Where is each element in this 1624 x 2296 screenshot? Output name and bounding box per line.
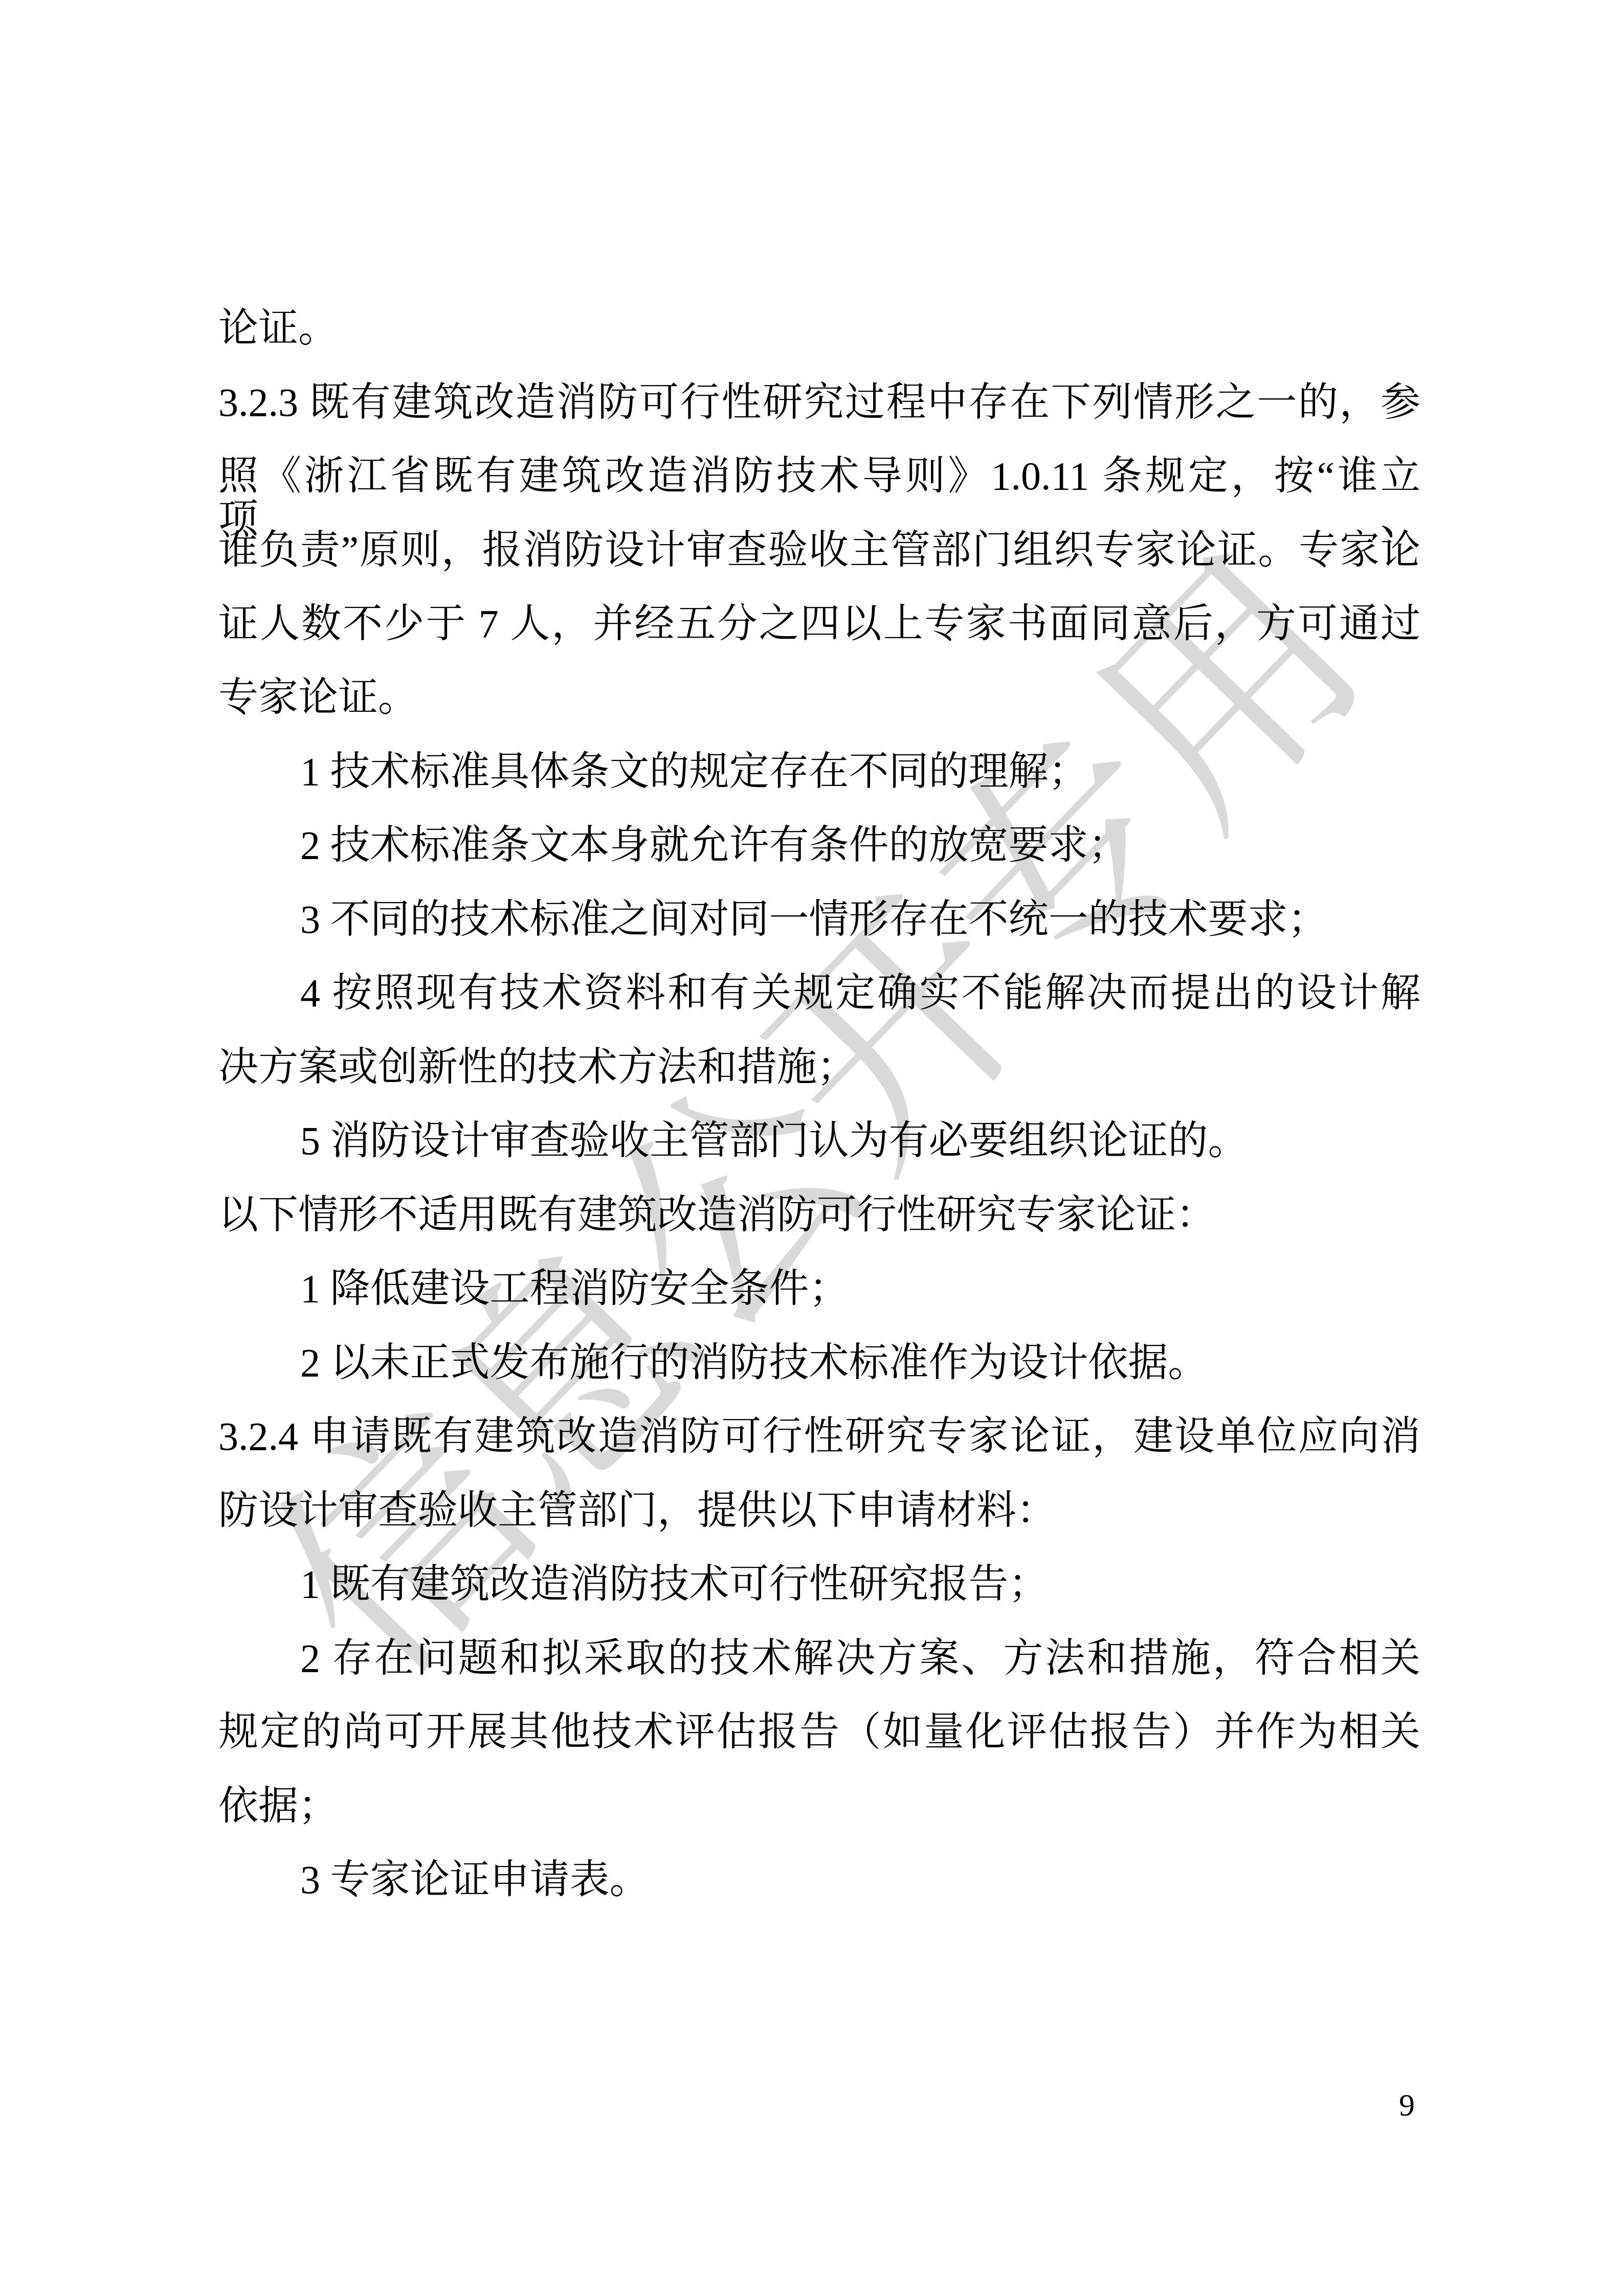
list-item: 2 存在问题和拟采取的技术解决方案、方法和措施，符合相关: [300, 1637, 1420, 1680]
list-item: 1 降低建设工程消防安全条件；: [300, 1267, 1420, 1310]
text-line: 以下情形不适用既有建筑改造消防可行性研究专家论证：: [218, 1194, 1420, 1236]
text-line: 规定的尚可开展其他技术评估报告（如量化评估报告）并作为相关: [218, 1710, 1420, 1753]
text-line: 论证。: [218, 307, 1420, 350]
list-item: 2 技术标准条文本身就允许有条件的放宽要求；: [300, 824, 1420, 867]
page-number: 9: [1399, 2087, 1415, 2123]
text-line: 证人数不少于 7 人，并经五分之四以上专家书面同意后，方可通过: [218, 602, 1420, 645]
list-item: 5 消防设计审查验收主管部门认为有必要组织论证的。: [300, 1119, 1420, 1162]
text-line: 专家论证。: [218, 676, 1420, 719]
list-item: 1 技术标准具体条文的规定存在不同的理解；: [300, 750, 1420, 793]
list-item: 4 按照现有技术资料和有关规定确实不能解决而提出的设计解: [300, 972, 1420, 1015]
text-line: 决方案或创新性的技术方法和措施；: [218, 1046, 1420, 1089]
text-line: 依据；: [218, 1785, 1420, 1828]
text-line: 防设计审查验收主管部门，提供以下申请材料：: [218, 1489, 1420, 1532]
document-page: 信息公开专用 论证。 3.2.3 既有建筑改造消防可行性研究过程中存在下列情形之…: [0, 0, 1624, 2296]
list-item: 1 既有建筑改造消防技术可行性研究报告；: [300, 1563, 1420, 1606]
text-line: 谁负责”原则，报消防设计审查验收主管部门组织专家论证。专家论: [218, 529, 1420, 572]
body-text: 论证。 3.2.3 既有建筑改造消防可行性研究过程中存在下列情形之一的，参 照《…: [0, 0, 1624, 2296]
list-item: 3 专家论证申请表。: [300, 1858, 1420, 1901]
clause-3-2-3-line: 3.2.3 既有建筑改造消防可行性研究过程中存在下列情形之一的，参: [218, 381, 1420, 424]
list-item: 2 以未正式发布施行的消防技术标准作为设计依据。: [300, 1341, 1420, 1384]
text-line: 照《浙江省既有建筑改造消防技术导则》1.0.11 条规定，按“谁立项、: [218, 455, 1420, 498]
list-item: 3 不同的技术标准之间对同一情形存在不统一的技术要求；: [300, 898, 1420, 941]
clause-3-2-4-line: 3.2.4 申请既有建筑改造消防可行性研究专家论证，建设单位应向消: [218, 1415, 1420, 1458]
